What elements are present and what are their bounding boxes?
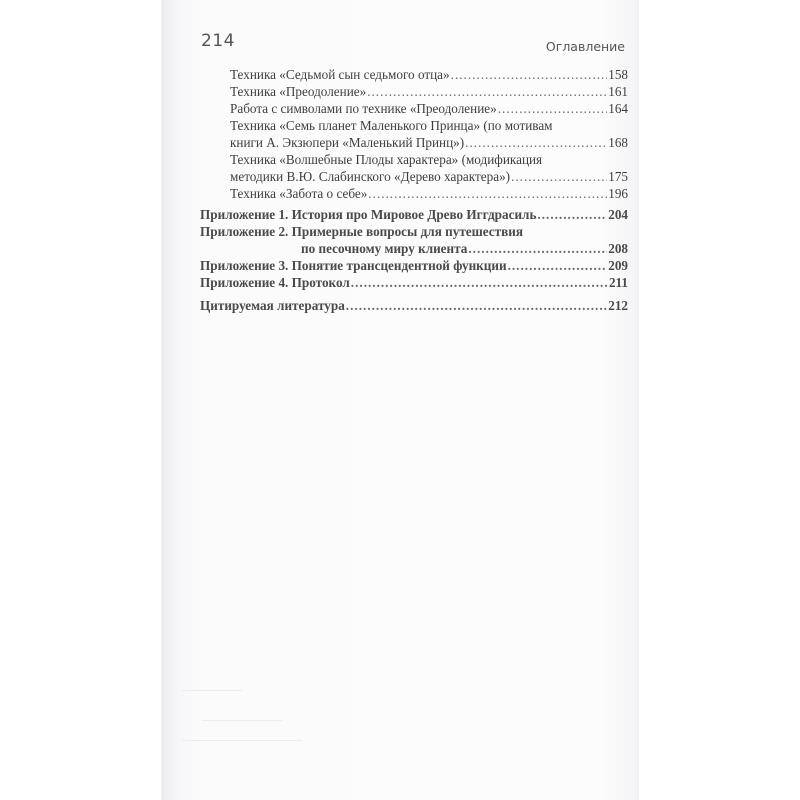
dot-leader bbox=[451, 66, 608, 83]
toc-entry-title-cont: книги А. Экзюпери «Маленький Принц») bbox=[230, 134, 464, 151]
toc-page-number: 161 bbox=[608, 83, 628, 100]
toc-page-number: 204 bbox=[608, 206, 628, 223]
dot-leader bbox=[511, 168, 607, 185]
toc-appendix-3: Приложение 3. Понятие трансцендентной фу… bbox=[200, 257, 628, 274]
dot-leader bbox=[468, 240, 607, 257]
toc-page-number: 209 bbox=[608, 257, 628, 274]
toc-page-number: 196 bbox=[608, 185, 628, 202]
toc-entry: Работа с символами по технике «Преодолен… bbox=[200, 100, 628, 117]
toc-entry: Техника «Седьмой сын седьмого отца»158 bbox=[200, 66, 628, 83]
table-of-contents: Техника «Седьмой сын седьмого отца»158 Т… bbox=[200, 66, 628, 314]
dot-leader bbox=[351, 274, 608, 291]
toc-entry-title: Цитируемая литература bbox=[200, 297, 345, 314]
toc-page-number: 158 bbox=[608, 66, 628, 83]
toc-page-number: 208 bbox=[608, 240, 628, 257]
running-head: Оглавление bbox=[546, 39, 625, 54]
toc-page-number: 175 bbox=[608, 168, 628, 185]
toc-entry-title: Приложение 1. История про Мировое Древо … bbox=[200, 206, 536, 223]
toc-entry-title: Техника «Забота о себе» bbox=[230, 185, 367, 202]
toc-entry-title: Приложение 3. Понятие трансцендентной фу… bbox=[200, 257, 507, 274]
toc-entry: Техника «Волшебные Плоды характера» (мод… bbox=[200, 151, 628, 185]
toc-appendix-1: Приложение 1. История про Мировое Древо … bbox=[200, 206, 628, 223]
show-through-artifact bbox=[182, 690, 242, 691]
toc-entry-title: Техника «Волшебные Плоды характера» (мод… bbox=[230, 151, 542, 168]
toc-entry-title-cont: по песочному миру клиента bbox=[301, 240, 467, 257]
toc-entry-title: Приложение 4. Протокол bbox=[200, 274, 350, 291]
show-through-artifact bbox=[182, 740, 302, 741]
toc-entry-title: Техника «Преодоление» bbox=[230, 83, 366, 100]
toc-page-number: 211 bbox=[609, 274, 628, 291]
book-page: 214 Оглавление Техника «Седьмой сын седь… bbox=[162, 0, 638, 800]
toc-page-number: 168 bbox=[608, 134, 628, 151]
dot-leader bbox=[346, 297, 607, 314]
toc-entry: Техника «Преодоление»161 bbox=[200, 83, 628, 100]
dot-leader bbox=[368, 185, 607, 202]
toc-entry-title: Приложение 2. Примерные вопросы для путе… bbox=[200, 223, 523, 240]
toc-entry-title: Работа с символами по технике «Преодолен… bbox=[230, 100, 497, 117]
toc-entry-title: Техника «Семь планет Маленького Принца» … bbox=[230, 117, 553, 134]
toc-entry: Техника «Семь планет Маленького Принца» … bbox=[200, 117, 628, 151]
toc-appendix-2: Приложение 2. Примерные вопросы для путе… bbox=[200, 223, 628, 257]
page-number: 214 bbox=[201, 31, 235, 51]
dot-leader bbox=[537, 206, 607, 223]
dot-leader bbox=[498, 100, 608, 117]
show-through-artifact bbox=[202, 720, 282, 721]
dot-leader bbox=[508, 257, 608, 274]
toc-appendix-4: Приложение 4. Протокол211 bbox=[200, 274, 628, 291]
toc-entry: Техника «Забота о себе»196 bbox=[200, 185, 628, 202]
toc-entry-title-cont: методики В.Ю. Слабинского «Дерево характ… bbox=[230, 168, 510, 185]
dot-leader bbox=[465, 134, 607, 151]
toc-literature: Цитируемая литература212 bbox=[200, 297, 628, 314]
toc-page-number: 164 bbox=[608, 100, 628, 117]
toc-page-number: 212 bbox=[608, 297, 628, 314]
toc-entry-title: Техника «Седьмой сын седьмого отца» bbox=[230, 66, 450, 83]
dot-leader bbox=[367, 83, 607, 100]
